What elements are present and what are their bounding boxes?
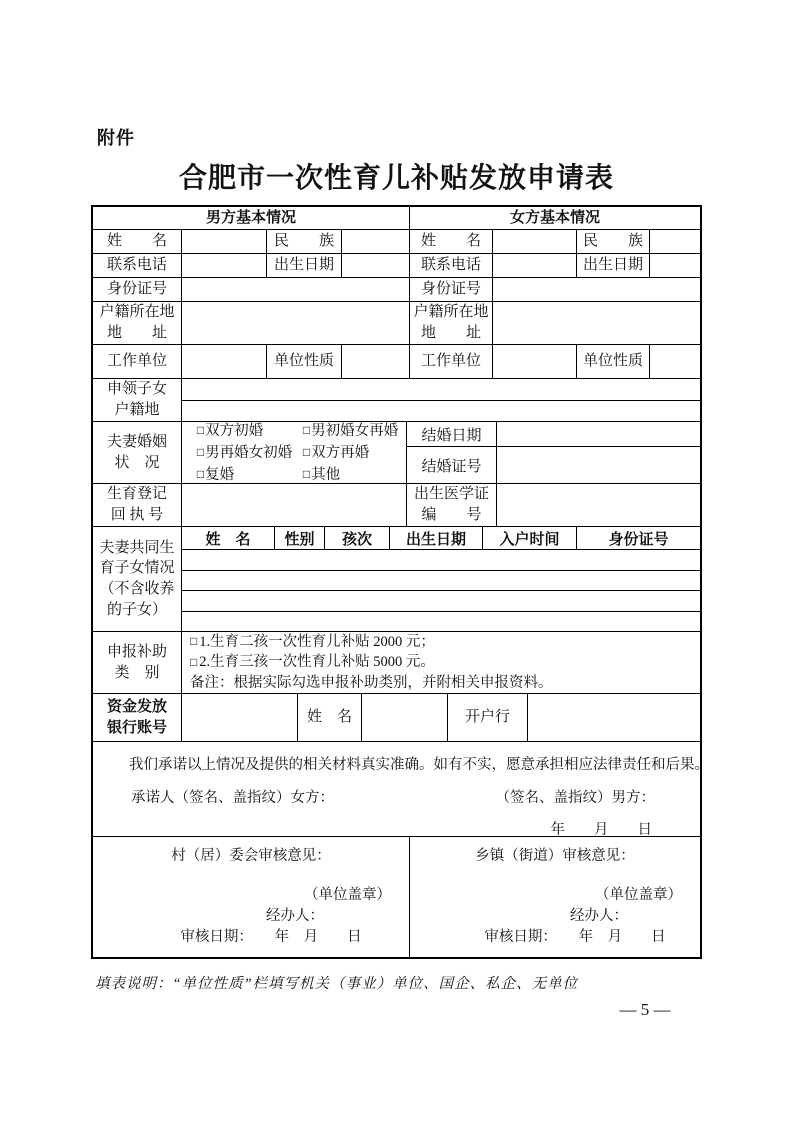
child-household-field-line2[interactable] — [182, 401, 700, 422]
township-review-date-line: 审核日期： 年 月 日 — [484, 927, 665, 948]
female-phone-label: 联系电话 — [410, 254, 493, 277]
checkbox-icon: □ — [303, 422, 310, 439]
township-handler-label: 经办人： — [570, 906, 628, 927]
marriage-option-label: 其他 — [311, 465, 340, 484]
marriage-status-label: 夫妻婚姻 状 况 — [93, 422, 182, 483]
checkbox-icon: □ — [197, 444, 204, 461]
male-name-field[interactable] — [182, 230, 267, 253]
pledge-signer-male-label: （签名、盖指纹）男方： — [496, 788, 656, 808]
male-address-field[interactable] — [182, 302, 410, 344]
marriage-option-1[interactable]: □双方初婚 — [197, 422, 303, 441]
checkbox-icon: □ — [190, 633, 197, 650]
children-col-name: 姓 名 — [182, 527, 275, 549]
female-address-field[interactable] — [493, 302, 700, 344]
checkbox-icon: □ — [197, 466, 204, 483]
pledge-section: 我们承诺以上情况及提供的相关材料真实准确。如有不实，愿意承担相应法律责任和后果。… — [93, 742, 700, 836]
female-id-label: 身份证号 — [410, 278, 493, 301]
subsidy-options-cell: □1.生育二孩一次性育儿补贴 2000 元； □2.生育三孩一次性育儿补贴 50… — [182, 632, 700, 693]
female-ethnicity-field[interactable] — [650, 230, 700, 253]
table-row: 我们承诺以上情况及提供的相关材料真实准确。如有不实，愿意承担相应法律责任和后果。… — [93, 742, 700, 837]
female-name-field[interactable] — [493, 230, 577, 253]
account-name-label: 姓 名 — [298, 694, 362, 741]
table-row: 姓 名 民 族 姓 名 民 族 — [93, 230, 700, 254]
bank-branch-label: 开户行 — [448, 694, 528, 741]
children-col-gender: 性别 — [275, 527, 325, 549]
male-id-field[interactable] — [182, 278, 410, 301]
section-header-male: 男方基本情况 — [93, 207, 410, 229]
male-phone-label: 联系电话 — [93, 254, 182, 277]
marriage-date-label: 结婚日期 — [407, 422, 497, 446]
child-table-row — [182, 591, 700, 612]
female-address-label: 户籍所在地 地 址 — [410, 302, 493, 344]
table-row: 户籍所在地 地 址 户籍所在地 地 址 — [93, 302, 700, 345]
table-row: 工作单位 单位性质 工作单位 单位性质 — [93, 345, 700, 379]
children-col-id: 身份证号 — [577, 527, 700, 549]
subsidy-option-label: 2.生育三孩一次性育儿补贴 5000 元。 — [199, 652, 435, 673]
section-header-female: 女方基本情况 — [410, 207, 700, 229]
form-filling-note: 填表说明：“单位性质”栏填写机关（事业）单位、国企、私企、无单位 — [95, 972, 578, 993]
pledge-date-line: 年 月 日 — [113, 820, 680, 836]
female-workunit-label: 工作单位 — [410, 345, 493, 378]
female-workunit-field[interactable] — [493, 345, 577, 378]
female-birthdate-label: 出生日期 — [577, 254, 650, 277]
child-table-row — [182, 612, 700, 632]
table-row: 夫妻婚姻 状 况 □双方初婚 □男初婚女再婚 □男再婚女初婚 □双方再婚 □复婚… — [93, 422, 700, 484]
birth-registration-label: 生育登记 回 执 号 — [93, 484, 182, 526]
marriage-option-4[interactable]: □双方再婚 — [303, 443, 398, 463]
document-page: 附件 合肥市一次性育儿补贴发放申请表 男方基本情况 女方基本情况 姓 名 民 族… — [0, 0, 793, 1122]
children-col-parity: 孩次 — [325, 527, 390, 549]
child-table-row — [182, 571, 700, 592]
male-id-label: 身份证号 — [93, 278, 182, 301]
birth-registration-field[interactable] — [182, 484, 407, 526]
table-row: 身份证号 身份证号 — [93, 278, 700, 302]
male-workunit-label: 工作单位 — [93, 345, 182, 378]
village-review-date-line: 审核日期： 年 月 日 — [180, 927, 361, 948]
male-address-label: 户籍所在地 地 址 — [93, 302, 182, 344]
child-household-label: 申领子女 户籍地 — [93, 379, 182, 421]
checkbox-icon: □ — [197, 422, 204, 439]
marriage-option-label: 男再婚女初婚 — [205, 443, 292, 463]
village-review-section: 村（居）委会审核意见： （单位盖章） 经办人： 审核日期： 年 月 日 — [93, 837, 410, 957]
marriage-cert-label: 结婚证号 — [407, 447, 497, 483]
subsidy-option-1[interactable]: □1.生育二孩一次性育儿补贴 2000 元； — [190, 632, 435, 652]
child-household-field-line1[interactable] — [182, 379, 700, 400]
male-ethnicity-label: 民 族 — [267, 230, 342, 253]
marriage-cert-field[interactable] — [497, 447, 700, 483]
subsidy-option-label: 1.生育二孩一次性育儿补贴 2000 元； — [199, 632, 435, 652]
marriage-option-2[interactable]: □男初婚女再婚 — [303, 422, 398, 441]
attachment-label: 附件 — [97, 124, 135, 150]
checkbox-icon: □ — [303, 466, 310, 483]
male-unittype-field[interactable] — [342, 345, 410, 378]
marriage-option-label: 双方再婚 — [311, 443, 369, 463]
table-row: 村（居）委会审核意见： （单位盖章） 经办人： 审核日期： 年 月 日 乡镇（街… — [93, 837, 700, 957]
checkbox-icon: □ — [303, 444, 310, 461]
child-table-row — [182, 550, 700, 571]
male-unittype-label: 单位性质 — [267, 345, 342, 378]
children-col-birthdate: 出生日期 — [390, 527, 483, 549]
male-ethnicity-field[interactable] — [342, 230, 410, 253]
children-header-row: 姓 名 性别 孩次 出生日期 入户时间 身份证号 — [182, 527, 700, 550]
township-review-title: 乡镇（街道）审核意见： — [410, 846, 700, 867]
table-row: 男方基本情况 女方基本情况 — [93, 207, 700, 230]
children-info-label: 夫妻共同生 育子女情况 （不含收养 的子女） — [93, 527, 182, 631]
marriage-option-label: 双方初婚 — [205, 422, 263, 441]
table-row: 申报补助 类 别 □1.生育二孩一次性育儿补贴 2000 元； □2.生育三孩一… — [93, 632, 700, 694]
marriage-date-field[interactable] — [497, 422, 700, 446]
subsidy-category-label: 申报补助 类 别 — [93, 632, 182, 693]
male-birthdate-field[interactable] — [342, 254, 410, 277]
marriage-option-6[interactable]: □其他 — [303, 465, 398, 484]
pledge-signer-female-label: 承诺人（签名、盖指纹）女方： — [131, 788, 334, 808]
marriage-option-3[interactable]: □男再婚女初婚 — [197, 443, 303, 463]
table-row: 夫妻共同生 育子女情况 （不含收养 的子女） 姓 名 性别 孩次 出生日期 入户… — [93, 527, 700, 632]
marriage-option-label: 男初婚女再婚 — [311, 422, 398, 441]
subsidy-note: 备注：根据实际勾选申报补助类别，并附相关申报资料。 — [190, 673, 553, 693]
bank-branch-field[interactable] — [528, 694, 700, 741]
medical-cert-field[interactable] — [497, 484, 700, 526]
female-name-label: 姓 名 — [410, 230, 493, 253]
township-seal-label: （单位盖章） — [595, 885, 700, 906]
application-form-table: 男方基本情况 女方基本情况 姓 名 民 族 姓 名 民 族 联系电话 出生日期 … — [91, 205, 702, 959]
female-birthdate-field[interactable] — [650, 254, 700, 277]
medical-cert-label: 出生医学证 编 号 — [407, 484, 497, 526]
male-workunit-field[interactable] — [182, 345, 267, 378]
marriage-option-5[interactable]: □复婚 — [197, 465, 303, 484]
village-handler-label: 经办人： — [266, 906, 324, 927]
table-row: 资金发放 银行账号 姓 名 开户行 — [93, 694, 700, 742]
male-phone-field[interactable] — [182, 254, 267, 277]
bank-account-label: 资金发放 银行账号 — [93, 694, 182, 741]
table-row: 联系电话 出生日期 联系电话 出生日期 — [93, 254, 700, 278]
marriage-option-label: 复婚 — [205, 465, 234, 484]
bank-account-field[interactable] — [182, 694, 298, 741]
male-birthdate-label: 出生日期 — [267, 254, 342, 277]
table-row: 生育登记 回 执 号 出生医学证 编 号 — [93, 484, 700, 527]
village-seal-label: （单位盖章） — [304, 885, 409, 906]
account-name-field[interactable] — [362, 694, 448, 741]
village-review-title: 村（居）委会审核意见： — [93, 846, 409, 867]
female-unittype-label: 单位性质 — [577, 345, 650, 378]
female-id-field[interactable] — [493, 278, 700, 301]
table-row: 申领子女 户籍地 — [93, 379, 700, 422]
checkbox-icon: □ — [190, 654, 197, 671]
children-col-registration-time: 入户时间 — [483, 527, 577, 549]
page-number: — 5 — — [605, 1000, 685, 1020]
marriage-options-cell: □双方初婚 □男初婚女再婚 □男再婚女初婚 □双方再婚 □复婚 □其他 — [182, 422, 407, 483]
subsidy-option-2[interactable]: □2.生育三孩一次性育儿补贴 5000 元。 — [190, 652, 435, 673]
page-title: 合肥市一次性育儿补贴发放申请表 — [0, 156, 793, 196]
female-ethnicity-label: 民 族 — [577, 230, 650, 253]
female-unittype-field[interactable] — [650, 345, 700, 378]
female-phone-field[interactable] — [493, 254, 577, 277]
male-name-label: 姓 名 — [93, 230, 182, 253]
township-review-section: 乡镇（街道）审核意见： （单位盖章） 经办人： 审核日期： 年 月 日 — [410, 837, 700, 957]
pledge-statement: 我们承诺以上情况及提供的相关材料真实准确。如有不实，愿意承担相应法律责任和后果。 — [113, 755, 680, 775]
